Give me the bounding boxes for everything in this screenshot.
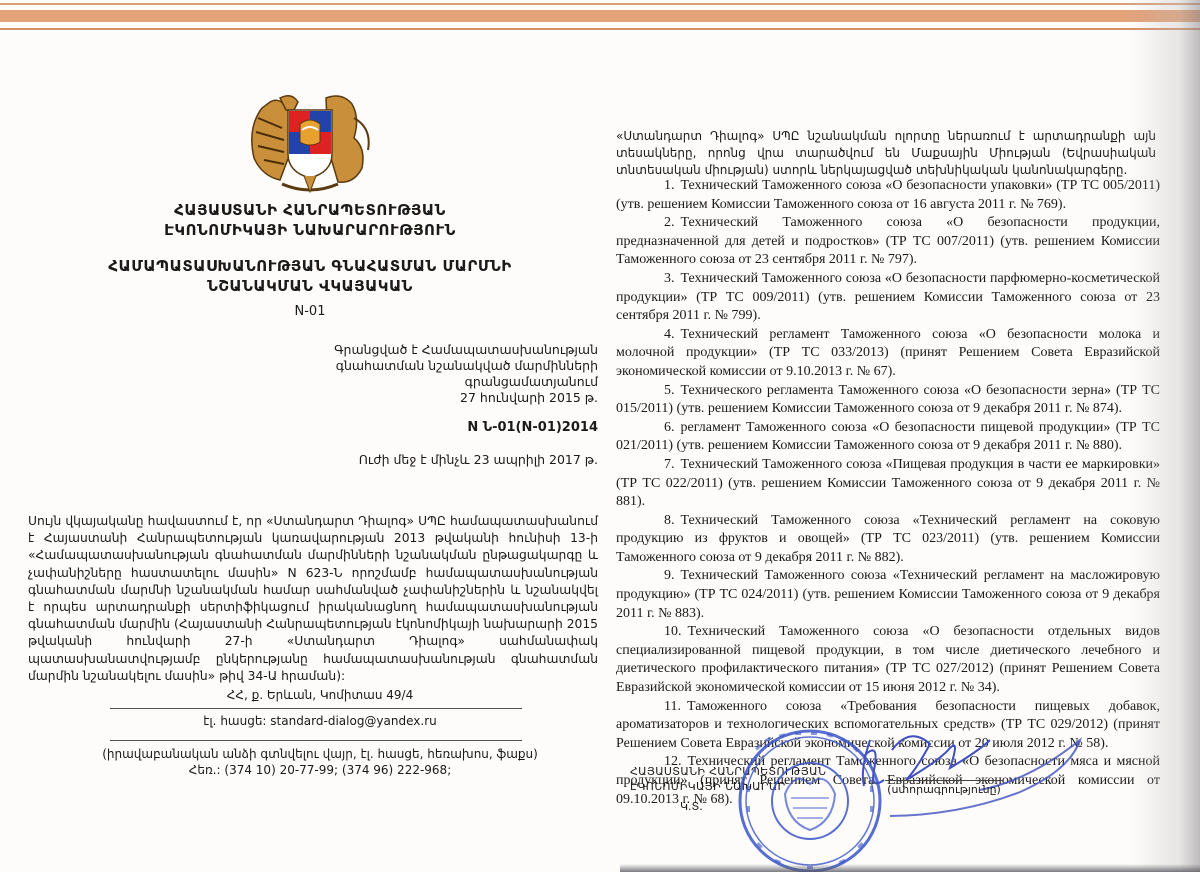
registration-date: 27 հունվարի 2015 թ. [250, 390, 598, 406]
regulation-number: 2. [640, 214, 675, 233]
regulation-item: 10.Технический Таможенного союза «О безо… [616, 623, 1160, 697]
regulation-number: 10. [640, 623, 682, 642]
regulation-number: 8. [640, 512, 675, 531]
signature-line [885, 780, 1003, 781]
regulation-text: Технический Таможенного союза «О безопас… [616, 271, 1160, 323]
signature-caption: (ստորագրությունը) [880, 783, 1008, 796]
title-line: ՆՇԱՆԱԿՄԱՆ ՎԿԱՅԱԿԱՆ [0, 276, 620, 296]
regulation-number: 9. [640, 567, 675, 586]
scope-intro: «Ստանդարտ Դիալոգ» ՍՊԸ նշանակման ոլորտը ն… [616, 128, 1156, 179]
ministry-line: ՀԱՅԱՍՏԱՆԻ ՀԱՆՐԱՊԵՏՈՒԹՅԱՆ [0, 200, 620, 220]
regulation-number: 7. [640, 456, 675, 475]
regulation-item: 3.Технический Таможенного союза «О безоп… [616, 270, 1160, 326]
email: էլ. հասցե: standard-dialog@yandex.ru [110, 714, 530, 728]
registration-number: N Ն-01(N-01)2014 [250, 420, 598, 435]
regulation-item: 5.Технического регламента Таможенного со… [616, 382, 1160, 419]
certificate-number: N-01 [0, 304, 620, 319]
regulation-number: 11. [640, 698, 681, 717]
registration-note: Գրանցված է Համապատասխանության գնահատման … [250, 342, 598, 406]
title-line: ՀԱՄԱՊԱՏԱՍԽԱՆՈՒԹՅԱՆ ԳՆԱՀԱՏՄԱՆ ՄԱՐՄՆԻ [0, 256, 620, 276]
regulation-item: 6.регламент Таможенного союза «О безопас… [616, 419, 1160, 456]
regulation-number: 5. [640, 382, 675, 401]
validity-date: Ուժի մեջ է մինչև 23 ապրիլի 2017 թ. [250, 452, 598, 467]
regulation-number: 6. [640, 419, 675, 438]
regulation-item: 7.Технический Таможенного союза «Пищевая… [616, 456, 1160, 512]
regulation-text: Технический Таможенного союза «Техническ… [616, 513, 1160, 565]
decorative-border-line [0, 28, 1200, 30]
regulation-text: Технический Таможенного союза «О безопас… [616, 624, 1160, 695]
regulation-item: 8.Технический Таможенного союза «Техниче… [616, 512, 1160, 568]
phone-numbers: Հեռ.: (374 10) 20-77-99; (374 96) 222-96… [100, 762, 540, 778]
registration-line: գրանցամատյանում [250, 374, 598, 390]
regulation-number: 4. [640, 326, 675, 345]
regulation-text: Технический Таможенного союза «О безопас… [616, 178, 1160, 212]
regulation-text: Технический Таможенного союза «Техническ… [616, 568, 1160, 620]
regulation-text: Технического регламента Таможенного союз… [616, 383, 1160, 417]
divider [110, 740, 522, 741]
ministry-name: ՀԱՅԱՍՏԱՆԻ ՀԱՆՐԱՊԵՏՈՒԹՅԱՆ ԷԿՈՆՈՄԻԿԱՅԻ ՆԱԽ… [0, 200, 620, 240]
seal-label: Կ.Տ. [680, 800, 703, 813]
regulation-text: Технический регламент Таможенного союза … [616, 327, 1160, 379]
scan-shadow [620, 864, 1200, 872]
regulation-number: 3. [640, 270, 675, 289]
contacts-caption: (իրավաբանական անձի գտնվելու վայր, էլ. հա… [100, 746, 540, 762]
regulation-text: Технический Таможенного союза «О безопас… [616, 215, 1160, 267]
handwritten-signature-icon [830, 720, 1090, 820]
regulation-text: регламент Таможенного союза «О безопасно… [616, 420, 1160, 454]
regulation-item: 9.Технический Таможенного союза «Техниче… [616, 567, 1160, 623]
regulation-item: 1.Технический Таможенного союза «О безоп… [616, 177, 1160, 214]
certificate-title: ՀԱՄԱՊԱՏԱՍԽԱՆՈՒԹՅԱՆ ԳՆԱՀԱՏՄԱՆ ՄԱՐՄՆԻ ՆՇԱՆ… [0, 256, 620, 296]
registration-line: գնահատման նշանակված մարմինների [250, 358, 598, 374]
decorative-border-line [0, 3, 1200, 5]
divider [110, 708, 522, 709]
regulation-number: 1. [640, 177, 675, 196]
regulation-item: 2.Технический Таможенного союза «О безоп… [616, 214, 1160, 270]
regulation-item: 4.Технический регламент Таможенного союз… [616, 326, 1160, 382]
registration-line: Գրանցված է Համապատասխանության [250, 342, 598, 358]
address: ՀՀ, ք. Երևան, Կոմիտաս 49/4 [110, 688, 530, 702]
certificate-body-text: Սույն վկայականը հավաստում է, որ «Ստանդար… [28, 513, 598, 685]
regulation-text: Технический Таможенного союза «Пищевая п… [616, 457, 1160, 509]
ministry-line: ԷԿՈՆՈՄԻԿԱՅԻ ՆԱԽԱՐԱՐՈՒԹՅՈՒՆ [0, 220, 620, 240]
contacts-block: (իրավաբանական անձի գտնվելու վայր, էլ. հա… [100, 746, 540, 778]
regulations-list: 1.Технический Таможенного союза «О безоп… [616, 177, 1160, 809]
armenia-coat-of-arms-icon [242, 88, 378, 198]
decorative-border-band [0, 10, 1200, 22]
